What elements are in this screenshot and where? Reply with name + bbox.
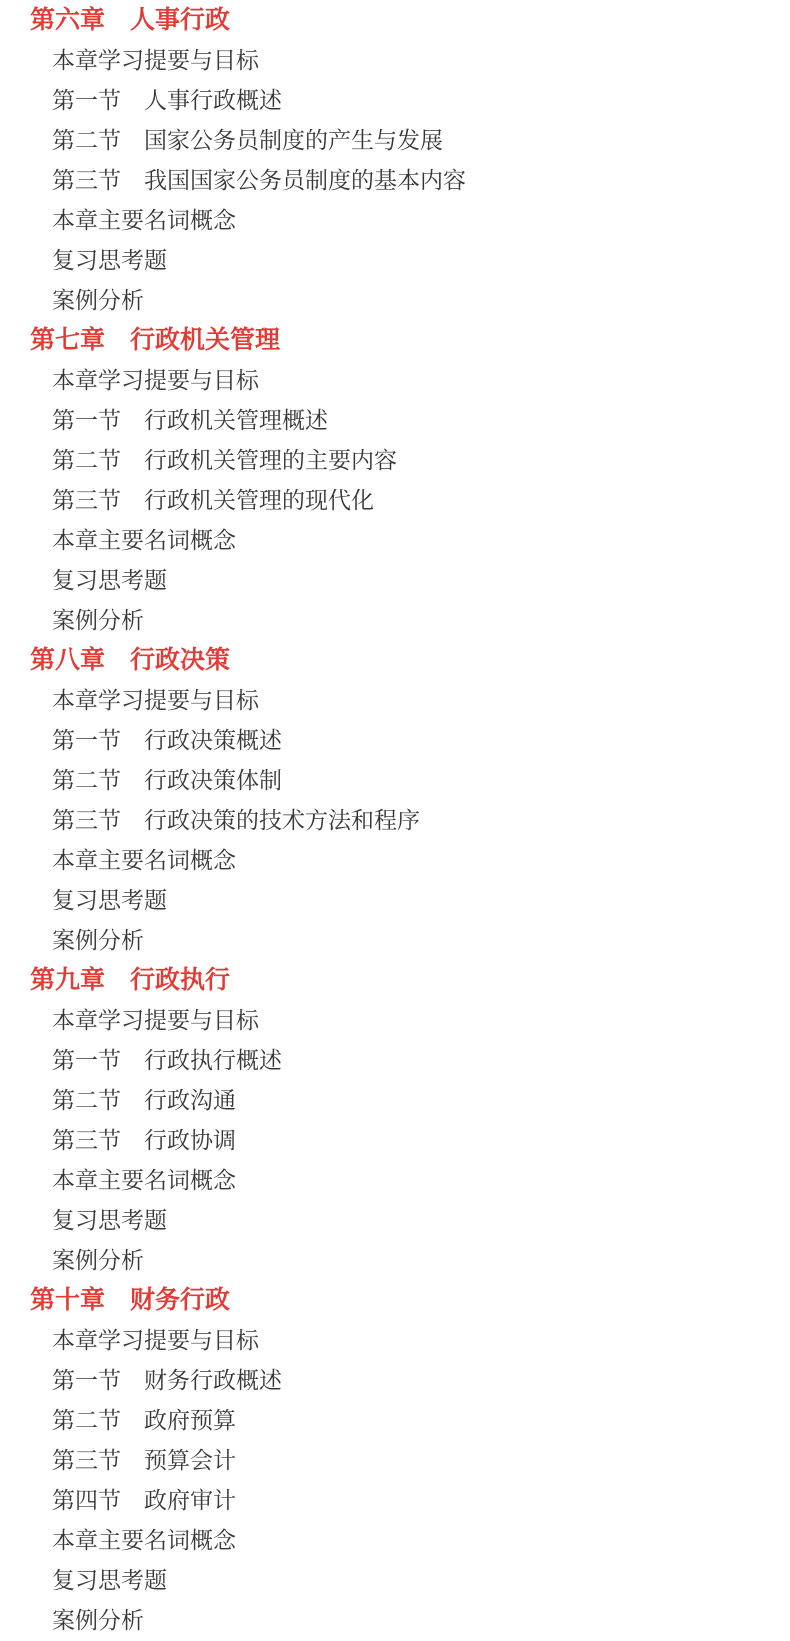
chapter-block: 第六章 人事行政 本章学习提要与目标 第一节 人事行政概述 第二节 国家公务员制…	[0, 0, 790, 320]
toc-item[interactable]: 复习思考题	[0, 560, 790, 600]
toc-item[interactable]: 案例分析	[0, 280, 790, 320]
toc-item[interactable]: 第三节 预算会计	[0, 1440, 790, 1480]
toc-item[interactable]: 案例分析	[0, 920, 790, 960]
chapter-item-list: 本章学习提要与目标 第一节 行政机关管理概述 第二节 行政机关管理的主要内容 第…	[0, 360, 790, 640]
toc-item[interactable]: 本章学习提要与目标	[0, 360, 790, 400]
toc-item[interactable]: 复习思考题	[0, 240, 790, 280]
toc-item[interactable]: 本章主要名词概念	[0, 1160, 790, 1200]
toc-item[interactable]: 第一节 财务行政概述	[0, 1360, 790, 1400]
chapter-item-list: 本章学习提要与目标 第一节 财务行政概述 第二节 政府预算 第三节 预算会计 第…	[0, 1320, 790, 1640]
toc-item[interactable]: 第三节 我国国家公务员制度的基本内容	[0, 160, 790, 200]
toc-item[interactable]: 本章学习提要与目标	[0, 680, 790, 720]
toc-item[interactable]: 本章主要名词概念	[0, 200, 790, 240]
toc-item[interactable]: 案例分析	[0, 1600, 790, 1640]
toc-item[interactable]: 本章主要名词概念	[0, 1520, 790, 1560]
toc-item[interactable]: 第一节 行政决策概述	[0, 720, 790, 760]
chapter-item-list: 本章学习提要与目标 第一节 行政执行概述 第二节 行政沟通 第三节 行政协调 本…	[0, 1000, 790, 1280]
table-of-contents: 第六章 人事行政 本章学习提要与目标 第一节 人事行政概述 第二节 国家公务员制…	[0, 0, 790, 1641]
chapter-title[interactable]: 第十章 财务行政	[0, 1280, 790, 1320]
toc-item[interactable]: 案例分析	[0, 600, 790, 640]
toc-item[interactable]: 第二节 行政机关管理的主要内容	[0, 440, 790, 480]
chapter-title[interactable]: 第八章 行政决策	[0, 640, 790, 680]
toc-item[interactable]: 本章学习提要与目标	[0, 1320, 790, 1360]
toc-item[interactable]: 案例分析	[0, 1240, 790, 1280]
chapter-block: 第九章 行政执行 本章学习提要与目标 第一节 行政执行概述 第二节 行政沟通 第…	[0, 960, 790, 1280]
toc-item[interactable]: 第二节 行政沟通	[0, 1080, 790, 1120]
toc-item[interactable]: 第三节 行政协调	[0, 1120, 790, 1160]
toc-item[interactable]: 第二节 政府预算	[0, 1400, 790, 1440]
toc-item[interactable]: 第一节 行政机关管理概述	[0, 400, 790, 440]
chapter-item-list: 本章学习提要与目标 第一节 人事行政概述 第二节 国家公务员制度的产生与发展 第…	[0, 40, 790, 320]
toc-item[interactable]: 第一节 行政执行概述	[0, 1040, 790, 1080]
toc-item[interactable]: 第三节 行政机关管理的现代化	[0, 480, 790, 520]
toc-item[interactable]: 本章主要名词概念	[0, 520, 790, 560]
toc-item[interactable]: 第一节 人事行政概述	[0, 80, 790, 120]
chapter-block: 第七章 行政机关管理 本章学习提要与目标 第一节 行政机关管理概述 第二节 行政…	[0, 320, 790, 640]
chapter-title[interactable]: 第九章 行政执行	[0, 960, 790, 1000]
chapter-title[interactable]: 第六章 人事行政	[0, 0, 790, 40]
toc-item[interactable]: 第二节 行政决策体制	[0, 760, 790, 800]
toc-item[interactable]: 复习思考题	[0, 1200, 790, 1240]
chapter-block: 第八章 行政决策 本章学习提要与目标 第一节 行政决策概述 第二节 行政决策体制…	[0, 640, 790, 960]
toc-item[interactable]: 本章学习提要与目标	[0, 40, 790, 80]
toc-item[interactable]: 第三节 行政决策的技术方法和程序	[0, 800, 790, 840]
toc-item[interactable]: 本章主要名词概念	[0, 840, 790, 880]
chapter-item-list: 本章学习提要与目标 第一节 行政决策概述 第二节 行政决策体制 第三节 行政决策…	[0, 680, 790, 960]
chapter-title[interactable]: 第七章 行政机关管理	[0, 320, 790, 360]
toc-item[interactable]: 复习思考题	[0, 880, 790, 920]
toc-item[interactable]: 第四节 政府审计	[0, 1480, 790, 1520]
toc-item[interactable]: 本章学习提要与目标	[0, 1000, 790, 1040]
chapter-block: 第十章 财务行政 本章学习提要与目标 第一节 财务行政概述 第二节 政府预算 第…	[0, 1280, 790, 1640]
toc-item[interactable]: 复习思考题	[0, 1560, 790, 1600]
toc-item[interactable]: 第二节 国家公务员制度的产生与发展	[0, 120, 790, 160]
